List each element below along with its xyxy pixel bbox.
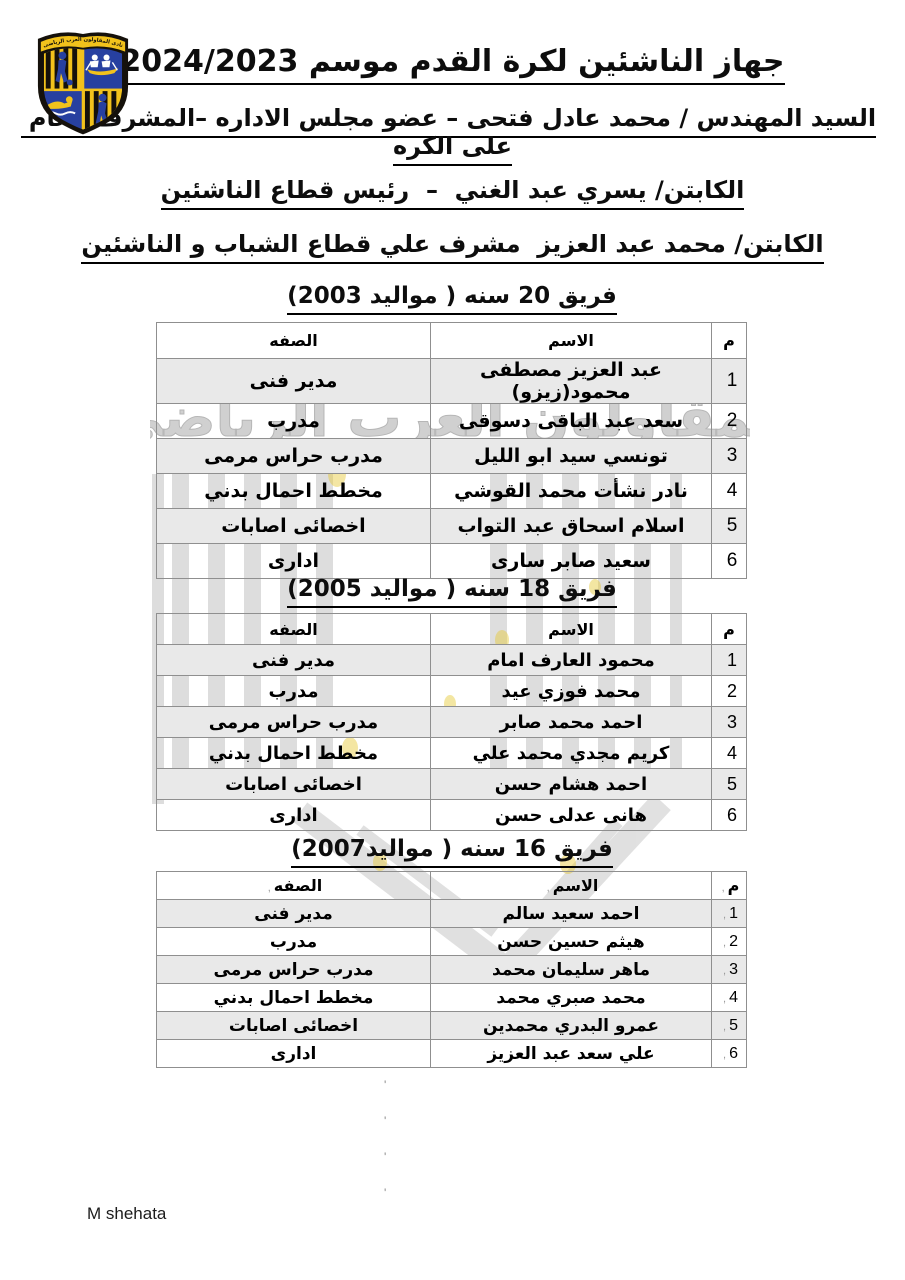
staff-name-cell: اسلام اسحاق عبد التواب: [431, 509, 712, 544]
col-header-role: الصفه: [157, 614, 431, 645]
table-row: 3 تونسي سيد ابو الليل مدرب حراس مرمى: [157, 439, 747, 474]
staff-role-cell: مدير فنى: [157, 900, 431, 928]
table-row: 3 احمد محمد صابر مدرب حراس مرمى: [157, 707, 747, 738]
table-row: ,2 هيثم حسين حسن مدرب: [157, 928, 747, 956]
table-row: 2 محمد فوزي عيد مدرب: [157, 676, 747, 707]
row-number: 1: [727, 650, 737, 670]
row-number: 4: [729, 989, 738, 1006]
row-number: 6: [727, 805, 737, 825]
stray-mark: ': [384, 1150, 386, 1164]
team-18-title: فريق 18 سنه ( مواليد 2005): [157, 576, 747, 602]
row-number-cell: ,3: [712, 956, 747, 984]
staff-name-cell: عبد العزيز مصطفى محمود(زيزو): [431, 359, 712, 404]
row-number: 5: [727, 774, 737, 794]
table-row: ,6 علي سعد عبد العزيز ادارى: [157, 1040, 747, 1068]
row-number-cell: ,2: [712, 928, 747, 956]
team-18-table: م الاسم الصفه 1 محمود العارف امام مدير ف…: [156, 613, 747, 831]
row-number: 5: [727, 515, 738, 536]
staff-name-cell: كريم مجدي محمد علي: [431, 738, 712, 769]
staff-role-cell: مخطط احمال بدني: [157, 738, 431, 769]
staff-name-cell: عمرو البدري محمدين: [431, 1012, 712, 1040]
col-header-role: الصفه,: [157, 872, 431, 900]
row-number: 6: [727, 550, 738, 571]
staff-name-cell: احمد محمد صابر: [431, 707, 712, 738]
staff-name-cell: هانى عدلى حسن: [431, 800, 712, 831]
staff-role-cell: مدير فنى: [157, 645, 431, 676]
row-number-cell: 5: [712, 769, 747, 800]
staff-name-cell: تونسي سيد ابو الليل: [431, 439, 712, 474]
stray-comma-mark: ,: [720, 965, 729, 977]
row-number-cell: 3: [712, 707, 747, 738]
table-row: ,1 احمد سعيد سالم مدير فنى: [157, 900, 747, 928]
header-row: م الاسم الصفه: [157, 323, 747, 359]
row-number-cell: 2: [712, 404, 747, 439]
staff-role-cell: مدرب حراس مرمى: [157, 707, 431, 738]
stray-comma-mark: ,: [720, 1021, 729, 1033]
header-row: م الاسم الصفه: [157, 614, 747, 645]
stray-comma-mark: ,: [720, 937, 729, 949]
staff-name-cell: سعد عبد الباقى دسوقى: [431, 404, 712, 439]
row-number: 3: [729, 961, 738, 978]
table-row: 4 كريم مجدي محمد علي مخطط احمال بدني: [157, 738, 747, 769]
row-number: 1: [729, 905, 738, 922]
row-number: 3: [727, 712, 737, 732]
staff-role-cell: مدرب: [157, 676, 431, 707]
row-number-cell: 5: [712, 509, 747, 544]
staff-name-cell: سعيد صابر سارى: [431, 544, 712, 579]
staff-name-cell: هيثم حسين حسن: [431, 928, 712, 956]
table-row: 1 عبد العزيز مصطفى محمود(زيزو) مدير فنى: [157, 359, 747, 404]
staff-name-cell: ماهر سليمان محمد: [431, 956, 712, 984]
table-row: 5 احمد هشام حسن اخصائى اصابات: [157, 769, 747, 800]
table-row: ,4 محمد صبري محمد مخطط احمال بدني: [157, 984, 747, 1012]
staff-role-cell: مدرب حراس مرمى: [157, 439, 431, 474]
club-logo: نادى المقاولون العرب الرياضى: [34, 26, 132, 138]
col-header-serial: م,: [712, 872, 747, 900]
youth-sector-head-line: الكابتن/ يسري عبد الغني – رئيس قطاع النا…: [0, 176, 905, 204]
row-number-cell: ,4: [712, 984, 747, 1012]
row-number-cell: 1: [712, 645, 747, 676]
stray-comma-mark: ,: [720, 1049, 729, 1061]
team-16-table: م, الاسم, الصفه, ,1 احمد سعيد سالم مدير …: [156, 871, 747, 1068]
table-row: 6 هانى عدلى حسن ادارى: [157, 800, 747, 831]
col-header-serial: م: [712, 323, 747, 359]
table-row: 4 نادر نشأت محمد القوشي مخطط احمال بدني: [157, 474, 747, 509]
stray-mark: ': [384, 1078, 386, 1092]
row-number-cell: 4: [712, 738, 747, 769]
col-header-name: الاسم,: [431, 872, 712, 900]
header-row: م, الاسم, الصفه,: [157, 872, 747, 900]
youth-supervisor-line: الكابتن/ محمد عبد العزيز مشرف علي قطاع ا…: [0, 230, 905, 258]
row-number: 1: [727, 370, 738, 391]
team-20-table: م الاسم الصفه 1 عبد العزيز مصطفى محمود(ز…: [156, 322, 747, 579]
stray-comma-mark: ,: [265, 882, 274, 894]
staff-name-cell: محمد صبري محمد: [431, 984, 712, 1012]
row-number: 5: [729, 1017, 738, 1034]
staff-role-cell: اخصائى اصابات: [157, 1012, 431, 1040]
col-header-serial: م: [712, 614, 747, 645]
row-number-cell: ,6: [712, 1040, 747, 1068]
stray-comma-mark: ,: [544, 882, 553, 894]
staff-name-cell: احمد سعيد سالم: [431, 900, 712, 928]
staff-role-cell: مخطط احمال بدني: [157, 474, 431, 509]
staff-role-cell: مدير فنى: [157, 359, 431, 404]
staff-role-cell: ادارى: [157, 1040, 431, 1068]
stray-comma-mark: ,: [720, 993, 729, 1005]
row-number-cell: 6: [712, 544, 747, 579]
row-number-cell: ,5: [712, 1012, 747, 1040]
col-header-name: الاسم: [431, 614, 712, 645]
staff-role-cell: مدرب حراس مرمى: [157, 956, 431, 984]
row-number: 3: [727, 445, 738, 466]
staff-name-cell: محمد فوزي عيد: [431, 676, 712, 707]
supervisor-line: السيد المهندس / محمد عادل فتحى – عضو مجل…: [0, 104, 905, 160]
row-number-cell: 6: [712, 800, 747, 831]
staff-role-cell: اخصائى اصابات: [157, 769, 431, 800]
table-row: 2 سعد عبد الباقى دسوقى مدرب: [157, 404, 747, 439]
stray-mark: ': [384, 1186, 386, 1200]
row-number-cell: 3: [712, 439, 747, 474]
row-number-cell: 4: [712, 474, 747, 509]
table-row: ,5 عمرو البدري محمدين اخصائى اصابات: [157, 1012, 747, 1040]
staff-role-cell: ادارى: [157, 544, 431, 579]
col-header-role: الصفه: [157, 323, 431, 359]
staff-role-cell: مدرب: [157, 404, 431, 439]
row-number: 2: [727, 681, 737, 701]
row-number: 4: [727, 480, 738, 501]
row-number: 6: [729, 1045, 738, 1062]
staff-name-cell: نادر نشأت محمد القوشي: [431, 474, 712, 509]
staff-role-cell: اخصائى اصابات: [157, 509, 431, 544]
table-row: 1 محمود العارف امام مدير فنى: [157, 645, 747, 676]
table-row: 6 سعيد صابر سارى ادارى: [157, 544, 747, 579]
table-row: 5 اسلام اسحاق عبد التواب اخصائى اصابات: [157, 509, 747, 544]
staff-role-cell: ادارى: [157, 800, 431, 831]
staff-role-cell: مخطط احمال بدني: [157, 984, 431, 1012]
row-number: 2: [729, 933, 738, 950]
staff-role-cell: مدرب: [157, 928, 431, 956]
row-number-cell: 1: [712, 359, 747, 404]
stray-mark: ': [384, 1114, 386, 1128]
row-number-cell: ,1: [712, 900, 747, 928]
stray-comma-mark: ,: [719, 882, 728, 894]
author-signature: M shehata: [87, 1204, 166, 1224]
staff-name-cell: احمد هشام حسن: [431, 769, 712, 800]
staff-name-cell: علي سعد عبد العزيز: [431, 1040, 712, 1068]
staff-name-cell: محمود العارف امام: [431, 645, 712, 676]
team-16-title: فريق 16 سنه ( مواليد2007): [157, 836, 747, 862]
col-header-name: الاسم: [431, 323, 712, 359]
stray-comma-mark: ,: [720, 909, 729, 921]
row-number: 2: [727, 410, 738, 431]
row-number-cell: 2: [712, 676, 747, 707]
team-20-title: فريق 20 سنه ( مواليد 2003): [157, 283, 747, 309]
row-number: 4: [727, 743, 737, 763]
document-page: المقاولون العرب الرياضى: [0, 0, 905, 1280]
page-title: جهاز الناشئين لكرة القدم موسم 2024/2023: [0, 44, 905, 79]
table-row: ,3 ماهر سليمان محمد مدرب حراس مرمى: [157, 956, 747, 984]
